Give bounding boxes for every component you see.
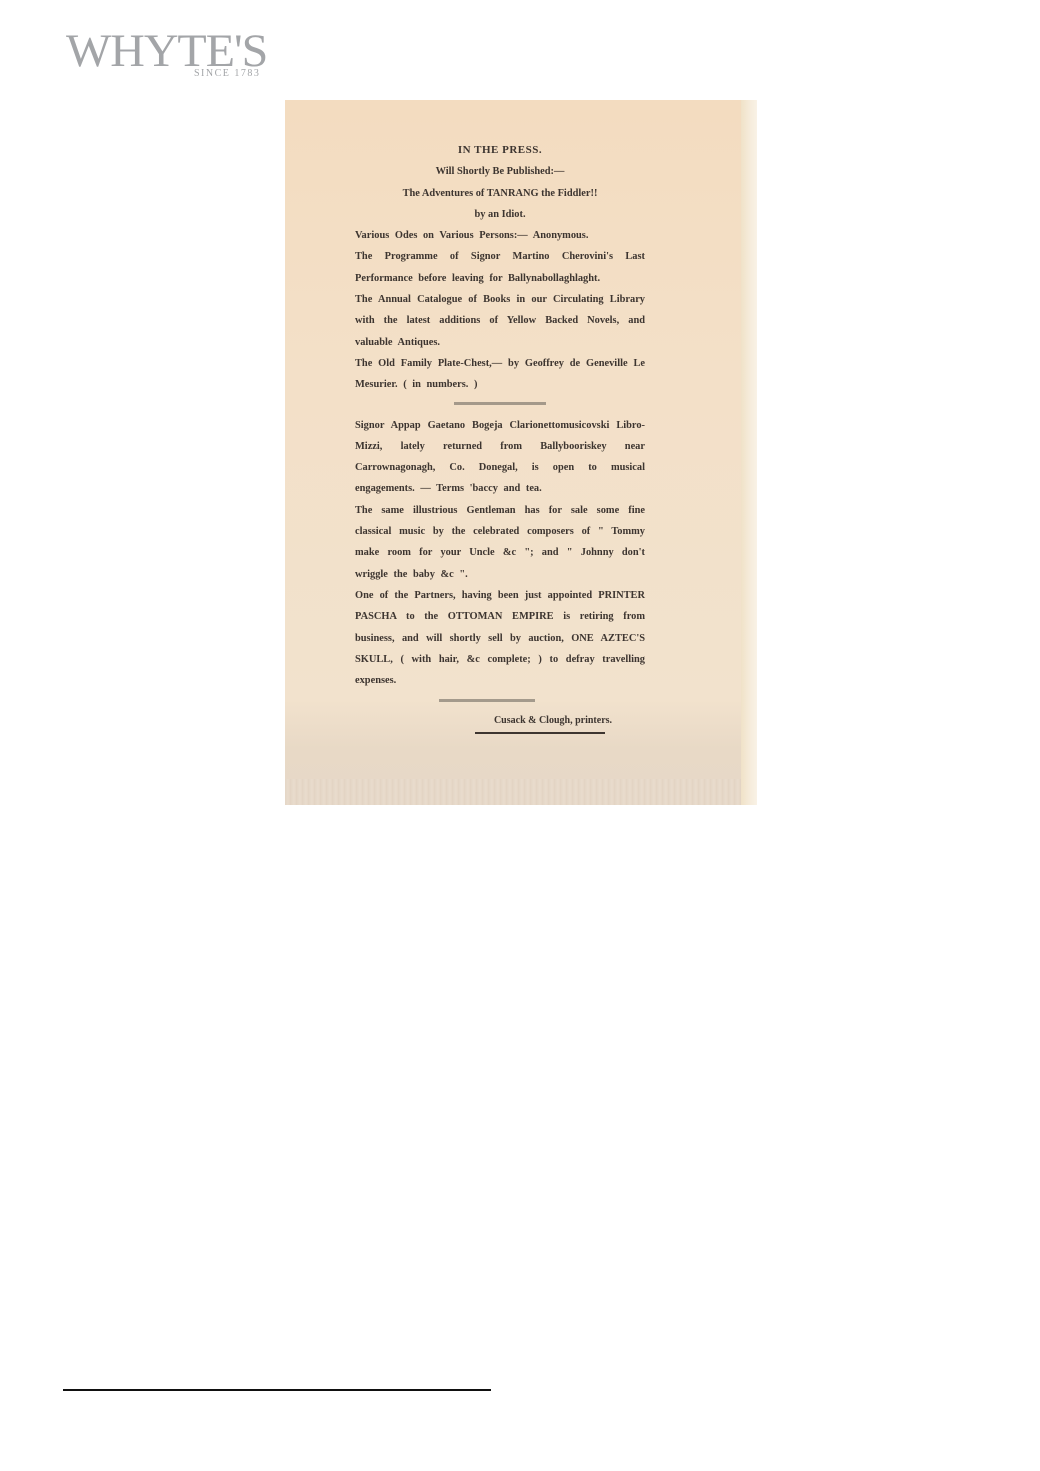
document-text: IN THE PRESS. Will Shortly Be Published:… <box>355 140 645 734</box>
document-subheading: Will Shortly Be Published:— <box>355 161 645 182</box>
whytes-logo: WHYTE'S SINCE 1783 <box>64 26 264 82</box>
divider-rule <box>454 402 546 405</box>
notice-paragraph: One of the Partners, having been just ap… <box>355 585 645 691</box>
list-item: The Old Family Plate-Chest,— by Geoffrey… <box>355 353 645 396</box>
footnote-separator <box>63 1389 491 1391</box>
notice-paragraph: Signor Appap Gaetano Bogeja Clarionettom… <box>355 415 645 500</box>
document-heading: IN THE PRESS. <box>355 140 645 161</box>
page-edge <box>285 779 757 805</box>
list-item: The Annual Catalogue of Books in our Cir… <box>355 289 645 353</box>
list-item: The Adventures of TANRANG the Fiddler!! <box>355 183 645 204</box>
list-item: The Programme of Signor Martino Cherovin… <box>355 246 645 289</box>
list-item: by an Idiot. <box>355 204 645 225</box>
scanned-document-image: IN THE PRESS. Will Shortly Be Published:… <box>285 100 757 805</box>
printer-credit: Cusack & Clough, printers. <box>473 710 633 733</box>
logo-tagline: SINCE 1783 <box>194 68 260 79</box>
list-item: Various Odes on Various Persons:— Anonym… <box>355 225 645 246</box>
divider-rule <box>439 699 535 702</box>
notice-paragraph: The same illustrious Gentleman has for s… <box>355 500 645 585</box>
